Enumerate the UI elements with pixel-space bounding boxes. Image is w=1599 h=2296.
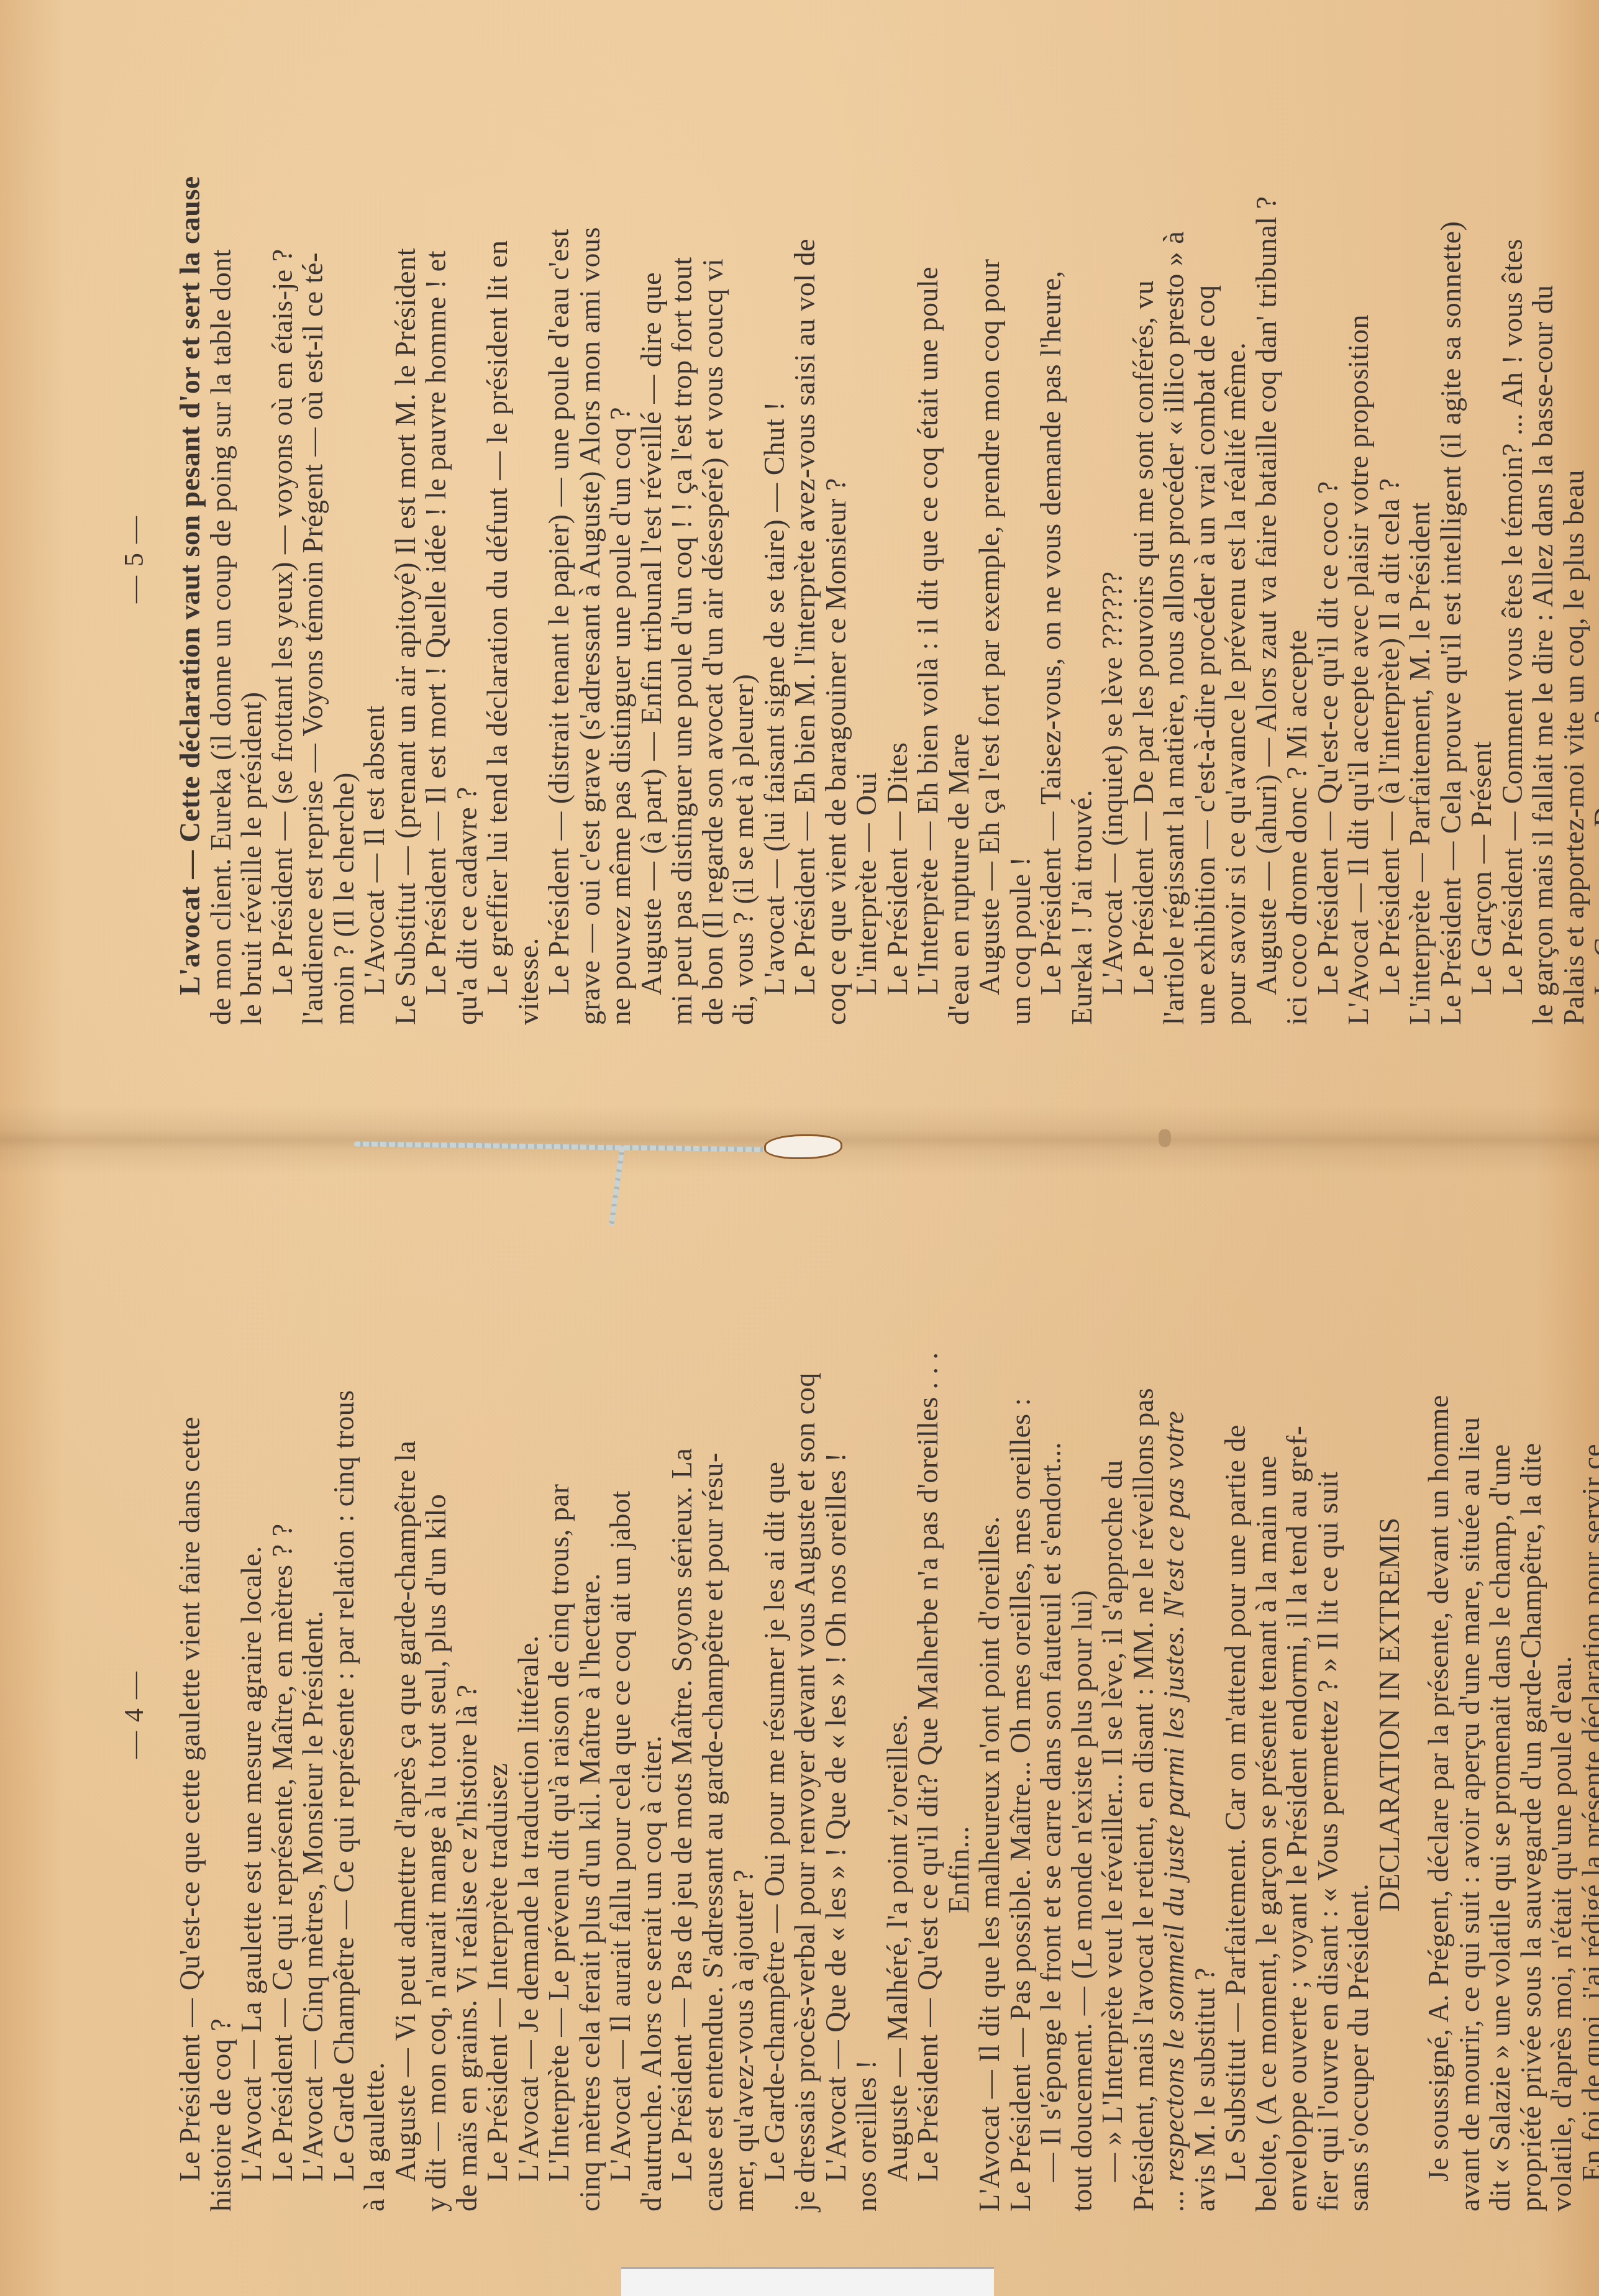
text-line: Le Président — (à l'interprète) Il a dit…: [1374, 93, 1405, 1025]
text-line: L'Avocat — Cinq mètres, Monsieur le Prés…: [298, 1218, 329, 2212]
text-line: L'Avocat — La gaulette est une mesure ag…: [236, 1218, 267, 2212]
text-line: fier qui l'ouvre en disant : « Vous perm…: [1313, 1218, 1344, 2212]
text-line: cause est entendue. S'adressant au garde…: [698, 1218, 729, 2212]
text-line: Le Président — (se frottant les yeux) — …: [267, 93, 298, 1025]
text-line: Eureka ! J'ai trouvé.: [1067, 93, 1098, 1025]
page-number: — 4 —: [118, 1218, 150, 2212]
scanner-edge: [621, 2267, 994, 2296]
text-line: Le Président — Taisez-vous, on ne vous d…: [1036, 93, 1067, 1025]
text-line: Auguste — Vi peut admettre d'après ça qu…: [390, 1218, 421, 2212]
text-line: Le Substitut — (prenant un air apitoyé) …: [390, 93, 421, 1025]
text-line: nos oreilles !: [851, 1218, 882, 2212]
text-line: L'Avocat — Je demande la traduction litt…: [513, 1218, 544, 2212]
text-line: cinq mètres cela ferait plus d'un kil. M…: [575, 1218, 606, 2212]
text-line: Président, mais l'avocat le retient, en …: [1128, 1218, 1159, 2212]
text-line: L'Avocat — Il est absent: [359, 93, 390, 1025]
text-line: ne pouvez même pas distinguer une poule …: [605, 93, 636, 1025]
text-line: Le Président — Qu'est ce qu'il dit? Que …: [913, 1218, 944, 2212]
text-line: d'eau en rupture de Mare: [944, 93, 975, 1025]
text-line: L'Avocat — Il dit que les malheureux n'o…: [974, 1218, 1005, 2212]
text-line: grave — oui c'est grave (s'adressant à A…: [575, 93, 606, 1025]
text-line: une exhibition — c'est-à-dire procéder à…: [1190, 93, 1221, 1025]
text-line: L'Interprète — Eh bien voilà : il dit qu…: [913, 93, 944, 1025]
text-line: belote, (A ce moment, le garçon se prése…: [1251, 1218, 1282, 2212]
declaration-heading: DECLARATION IN EXTREMIS: [1374, 1218, 1405, 2212]
text-line: L'Avocat — Il dit qu'il accepte avec pla…: [1343, 93, 1374, 1025]
text-line: L'Avocat — Que de « les » ! Que de « les…: [821, 1218, 852, 2212]
text-line: Je soussigné, A. Prégent, déclare par la…: [1423, 1218, 1454, 2212]
text-line: Le Substitut — Parfaitement. Car on m'at…: [1220, 1218, 1251, 2212]
text-line: l'artiole régissant la matière, nous all…: [1159, 93, 1190, 1025]
text-line: pour savoir si ce qu'avance le prévenu e…: [1220, 93, 1251, 1025]
text-line: moin ? (Il le cherche): [329, 93, 360, 1025]
text-line: propriété privée sous la sauvegarde d'un…: [1516, 1218, 1547, 2212]
text-line: avant de mourir, ce qui suit : avoir ape…: [1454, 1218, 1485, 2212]
text-line: L'Avocat — Il aurait fallu pour cela que…: [605, 1218, 636, 2212]
text-line: volatile, d'après moi, n'était qu'une po…: [1546, 1218, 1577, 2212]
text-line: Le Président — Dites: [882, 93, 913, 1025]
text-line: coq ce que vient de baragouiner ce Monsi…: [821, 93, 852, 1025]
text-line: Le Président — Interprète traduisez: [482, 1218, 513, 2212]
text-line: l'audience est reprise — Voyons témoin P…: [298, 93, 329, 1025]
text-line: ... respectons le sommeil du juste parmi…: [1159, 1218, 1190, 2212]
text-line: tout doucement. — (Le monde n'existe plu…: [1067, 1218, 1098, 2212]
text-line: à la gaulette.: [359, 1218, 390, 2212]
text-line: Le Président — Qu'est-ce qu'il dit ce co…: [1313, 93, 1344, 1025]
text-line: Le Président — Comment vous êtes le témo…: [1497, 93, 1528, 1025]
text-line: Le Président — Il est mort ! Quelle idée…: [421, 93, 452, 1025]
text-line: qu'a dit ce cadavre ?: [452, 93, 483, 1025]
text-line: histoire de coq ?: [206, 1218, 237, 2212]
text-line: vitesse.: [513, 93, 544, 1025]
text-line: de mon client. Eureka (il donne un coup …: [206, 93, 237, 1025]
page-number: — 5 —: [118, 93, 150, 1025]
text-line: Auguste — Malhéré, l'a point z'oreilles.: [882, 1218, 913, 2212]
text-line: Le Garçon — Du pays ?: [1589, 93, 1599, 1025]
text-line: Le Président — (distrait tenant le papie…: [544, 93, 575, 1025]
text-line: Le Président — Cela prouve qu'il est int…: [1436, 93, 1467, 1025]
text-line: Le Garde-champêtre — Oui pour me résumer…: [759, 1218, 790, 2212]
text-line: Auguste — (à part) — Enfin tribunal l'es…: [636, 93, 667, 1025]
text-line: Enfin...: [944, 1218, 975, 2212]
text-line: le bruit réveille le président): [236, 93, 267, 1025]
text-line: Le Président — Pas de jeu de mots Maître…: [667, 1218, 698, 2212]
text-line: — » L'Interprète veut le réveiller... Il…: [1097, 1218, 1128, 2212]
text-line: Le Garde Champêtre — Ce qui représente :…: [329, 1218, 360, 2212]
text-line: Palais et apportez-moi vite un coq, le p…: [1559, 93, 1590, 1025]
text-line: di, vous ? (il se met à pleurer): [728, 93, 759, 1025]
text-line: Le Président — Eh bien M. l'interprète a…: [790, 93, 821, 1025]
text-line: de bon (Il regarde son avocat d'un air d…: [698, 93, 729, 1025]
text-line: de maïs en grains. Vi réalise ce z'histo…: [452, 1218, 483, 2212]
text-line: — Il s'éponge le front et se carre dans …: [1036, 1218, 1067, 2212]
text-line: L'avocat — Cette déclaration vaut son pe…: [175, 93, 206, 1025]
text-line: dit « Salazie » une volatile qui se prom…: [1485, 1218, 1516, 2212]
text-line: L'interprète — Parfaitement, M. le Prési…: [1405, 93, 1436, 1025]
text-line: ici coco drome donc ? Mi accepte: [1282, 93, 1313, 1025]
text-line: sans s'occuper du Président.: [1343, 1218, 1374, 2212]
text-line: En foi de quoi, j'ai rédigé la présente …: [1577, 1218, 1599, 2212]
text-line: un coq poule !: [1005, 93, 1036, 1025]
text-line: avis M. le substitut ?: [1190, 1218, 1221, 2212]
text-line: Le Garçon — Présent: [1466, 93, 1497, 1025]
page-5: — 5 — L'avocat — Cette déclaration vaut …: [118, 93, 1565, 1025]
text-line: Le greffier lui tend la déclaration du d…: [482, 93, 513, 1025]
text-line: le garçon mais il fallait me le dire : A…: [1528, 93, 1559, 1025]
text-line: L'Interprète — Le prévenu dit qu'à raiso…: [544, 1218, 575, 2212]
text-line: y dit — mon coq, n'aurait mange à lu tou…: [421, 1218, 452, 2212]
paper-tear: [764, 1134, 842, 1159]
text-line: Auguste — (ahuri) — Alors zaut va faire …: [1251, 93, 1282, 1025]
text-line: d'autruche. Alors ce serait un coq à cit…: [636, 1218, 667, 2212]
text-line: L'interprète — Oui: [851, 93, 882, 1025]
text-line: L'Avocat — (inquiet) se lève ??????: [1097, 93, 1128, 1025]
text-line: L'avocat — (lui faisant signe de se tair…: [759, 93, 790, 1025]
text-line: Auguste — Eh ça l'est fort par exemple, …: [974, 93, 1005, 1025]
text-line: Le Président — De par les pouvoirs qui m…: [1128, 93, 1159, 1025]
text-line: Le Président — Pas possible. Maître... O…: [1005, 1218, 1036, 2212]
text-line: je dressais procès-verbal pour renvoyer …: [790, 1218, 821, 2212]
text-line: mer, qu'avez-vous à ajouter ?: [728, 1218, 759, 2212]
text-line: mi peut pas distinguer une poule d'un co…: [667, 93, 698, 1025]
text-line: Le Président — Qu'est-ce que cette gaule…: [175, 1218, 206, 2212]
binding-hole: [1159, 1129, 1171, 1147]
text-line: Le Président — Ce qui représente, Maître…: [267, 1218, 298, 2212]
page-4: — 4 — Le Président — Qu'est-ce que cette…: [118, 1218, 1565, 2212]
text-line: enveloppe ouverte ; voyant le Président …: [1282, 1218, 1313, 2212]
